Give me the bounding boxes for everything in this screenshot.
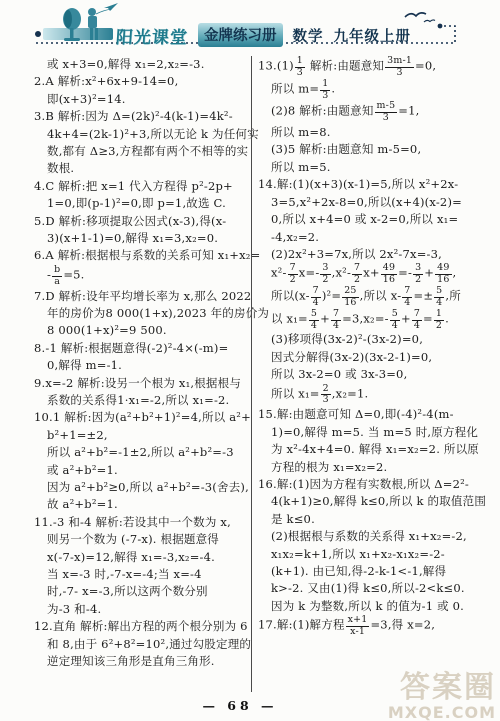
text-line: 或 a²+b²=1. [34, 462, 250, 479]
text-line: 10.1 解析:因为(a²+b²+1)²=4,所以 a²+ [34, 409, 250, 426]
text-line: 即(x+3)²=14. [34, 91, 250, 108]
birds-icon [405, 13, 435, 22]
text-line: 0,所以 x+4=0 或 x-2=0,所以 x₁= [258, 211, 474, 228]
text-line: 4.C 解析:把 x=1 代入方程得 p²-2p+ [34, 178, 250, 195]
text-line: x₁x₂=k+1,所以 x₁+x₂-x₁x₂=-2- [258, 546, 474, 563]
text-line: (2)8 解析:由题意知m-53=1, [258, 101, 474, 124]
text-line: x(-7-x)=12,解得 x₁=-3,x₂=-4. [34, 549, 250, 566]
fraction: 32 [412, 263, 424, 286]
text-line: 17.解:(1)解方程x+1x-1=3,得 x=2, [258, 615, 474, 638]
column-left: 或 x+3=0,解得 x₁=2,x₂=-3.2.A 解析:x²+6x+9-14=… [34, 56, 250, 671]
text-line: 9.x=-2 解析:设另一个根为 x₁,根据根与 [34, 375, 250, 392]
text-line: 所以 3x-2=0 或 3x-3=0, [258, 366, 474, 383]
text-line: 所以 a²+b²=-1±2,所以 a²+b²=-3 [34, 444, 250, 461]
text-line: 数,都有 Δ≥3,方程都有两个不相等的实 [34, 143, 250, 160]
rule-end-dot [438, 24, 443, 29]
subject-label: 数学 [293, 25, 324, 46]
fraction: 54 [389, 309, 401, 332]
text-line: 1)=0,解得 m=5. 当 m=5 时,原方程化 [258, 424, 474, 441]
book-title: 金牌练习册 [198, 23, 283, 47]
text-line: 年的房价为8 000(1+x),2023 年的房价为 [34, 305, 250, 322]
watermark-site-text: MXQE.COM [388, 705, 496, 721]
text-line: 0,解得 m=-1. [34, 357, 250, 374]
text-line: 8.-1 解析:根据题意得(-2)²-4×(-m)= [34, 340, 250, 357]
text-line: 4k+4=(2k-1)²+3,所以无论 k 为任何实 [34, 126, 250, 143]
fraction: 13 [319, 79, 331, 102]
text-line: 因为 k 为整数,所以 k 的值为-1 或 0. [258, 598, 474, 615]
text-line: 为-3 和-4. [34, 601, 250, 618]
fraction: 54 [308, 309, 320, 332]
text-line: 3=5,x²+2x-8=0,所以(x+4)(x-2)= [258, 194, 474, 211]
text-line: 或 x+3=0,解得 x₁=2,x₂=-3. [34, 56, 250, 73]
fraction: 3m-13 [384, 56, 415, 79]
fraction: 4916 [380, 263, 398, 286]
text-line: 所以(x-74)²=2516,所以 x-74=±54,所 [258, 286, 474, 309]
fraction: 74 [401, 286, 413, 309]
text-line: 所以 m=5. [258, 159, 474, 176]
text-line: 是 k≤0. [258, 511, 474, 528]
text-line: 系数的关系得1·x₁=-2,所以 x₁=-2. [34, 392, 250, 409]
fraction: 23 [320, 384, 332, 407]
text-line: 16.解:(1)因为方程有实数根,所以 Δ=2²- [258, 476, 474, 493]
text-line: (k+1). 由已知,得-2-k-1<-1,解得 [258, 563, 474, 580]
text-line: 4(k+1)≥0,解得 k≤0,所以 k 的取值范围 [258, 493, 474, 510]
fraction: 74 [411, 309, 423, 332]
text-line: 15.解:由题意可知 Δ=0,即(-4)²-4(m- [258, 406, 474, 423]
text-line: 11.-3 和-4 解析:若设其中一个数为 x, [34, 514, 250, 531]
text-line: x²-72x=-32,x²-72x+4916=-32+4916, [258, 263, 474, 286]
text-line: 则另一个数为 (-7-x). 根据题意得 [34, 531, 250, 548]
text-line: (3)移项得(3x-2)²-(3x-2)=0, [258, 331, 474, 348]
watermark-logo-text: 答案圈 [388, 673, 496, 703]
text-line: 时,-7- x=-3,所以这两个数分别 [34, 583, 250, 600]
page-number: — 68 — [170, 698, 310, 713]
fraction: 13 [294, 56, 306, 79]
workbook-answer-page: 阳光课堂 金牌练习册 数学 九年级上册 答案圈 MXQE.COM 或 x+3=0… [0, 0, 500, 721]
text-line: 所以 m=13. [258, 79, 474, 102]
watermark: 答案圈 MXQE.COM [388, 673, 496, 721]
text-line: 6.A 解析:根据根与系数的关系可知 x₁+x₂= [34, 247, 250, 264]
fraction: x+1x-1 [345, 615, 371, 638]
text-line: 逆定理知该三角形是直角三角形. [34, 653, 250, 670]
fraction: 74 [330, 309, 342, 332]
text-line: 所以 x₁=23,x₂=1. [258, 384, 474, 407]
text-line: b²+1=±2, [34, 427, 250, 444]
text-line: 2.A 解析:x²+6x+9-14=0, [34, 73, 250, 90]
text-line: 当 x=-3 时,-7-x=-4;当 x=-4 [34, 566, 250, 583]
fraction: 32 [319, 263, 331, 286]
text-line: -ba=5. [34, 265, 250, 288]
fraction: 54 [433, 286, 445, 309]
text-line: 因为 a²+b²≥0,所以 a²+b²=-3(舍去), [34, 479, 250, 496]
text-line: 8 000(1+x)²=9 500. [34, 322, 250, 339]
text-line: 和 8,由于 6²+8²=10²,通过勾股定理的 [34, 636, 250, 653]
fraction: 12 [433, 309, 445, 332]
text-line: 13.(1)13 解析:由题意知3m-13=0, [258, 56, 474, 79]
text-line: (2)根据根与系数的关系得 x₁+x₂=-2, [258, 528, 474, 545]
column-divider [251, 56, 252, 692]
fraction: 74 [310, 286, 322, 309]
text-line: 为 x²-4x+4=0. 解得 x₁=x₂=2. 所以原 [258, 441, 474, 458]
banner-left-dot [35, 31, 41, 37]
header-title-row: 阳光课堂 金牌练习册 数学 九年级上册 [116, 24, 411, 46]
fraction: 72 [351, 263, 363, 286]
text-line: 1=0,即(p-1)²=0,即 p=1,故选 C. [34, 195, 250, 212]
text-line: 3.B 解析:因为 Δ=(2k)²-4(k-1)=4k²- [34, 108, 250, 125]
column-right: 13.(1)13 解析:由题意知3m-13=0,所以 m=13.(2)8 解析:… [258, 56, 474, 638]
text-line: 5.D 解析:移项提取公因式(x-3),得(x- [34, 213, 250, 230]
text-line: k>-2. 又由(1)得 k≤0,所以-2<k≤0. [258, 580, 474, 597]
text-line: 12.直角 解析:解出方程的两个根分别为 6 [34, 618, 250, 635]
fraction: ba [51, 265, 63, 288]
text-line: (3)5 解析:由题意知 m-5=0, [258, 141, 474, 158]
fraction: 4916 [434, 263, 452, 286]
text-line: 以 x₁=54+74=3,x₂=-54+74=12. [258, 309, 474, 332]
text-line: 所以 m=8. [258, 124, 474, 141]
text-line: 14.解:(1)(x+3)(x-1)=5,所以 x²+2x- [258, 176, 474, 193]
text-line: 3)(x+1-1)=0,解得 x₁=3,x₂=0. [34, 230, 250, 247]
text-line: 故 a²+b²=1. [34, 496, 250, 513]
series-title: 阳光课堂 [115, 23, 189, 48]
text-line: 方程的根为 x₁=x₂=2. [258, 459, 474, 476]
page-header: 阳光课堂 金牌练习册 数学 九年级上册 [0, 0, 500, 52]
text-line: 数根. [34, 160, 250, 177]
fraction: 72 [287, 263, 299, 286]
fraction: 2516 [341, 286, 359, 309]
grade-label: 九年级上册 [334, 25, 412, 46]
text-line: -4,x₂=2. [258, 229, 474, 246]
text-line: 7.D 解析:设年平均增长率为 x,那么 2022 [34, 288, 250, 305]
text-line: 因式分解得(3x-2)(3x-2-1)=0, [258, 349, 474, 366]
text-line: (2)2x²+3=7x,所以 2x²-7x=-3, [258, 246, 474, 263]
fraction: m-53 [374, 101, 399, 124]
